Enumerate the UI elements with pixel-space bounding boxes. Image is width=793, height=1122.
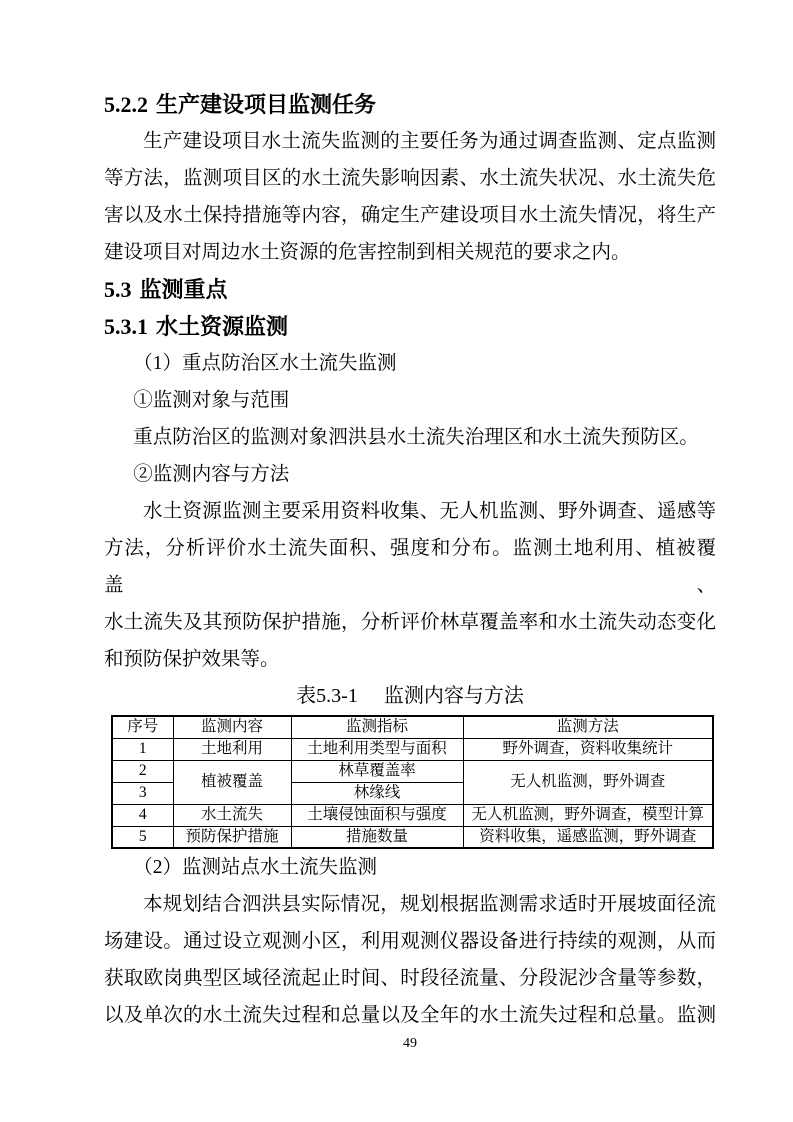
heading-5-3-1: 5.3.1水土资源监测 xyxy=(104,308,716,345)
cell-seq: 1 xyxy=(112,738,173,760)
heading-number: 5.2.2 xyxy=(104,92,148,117)
page-number: 49 xyxy=(104,1036,716,1052)
table-caption-label: 表5.3-1 xyxy=(296,685,358,707)
heading-title: 水土资源监测 xyxy=(156,314,288,339)
cell-content-merged: 植被覆盖 xyxy=(173,760,291,804)
heading-5-3: 5.3监测重点 xyxy=(104,271,716,308)
heading-5-2-2: 5.2.2生产建设项目监测任务 xyxy=(104,86,716,123)
paragraph-line: 获取欧岗典型区域径流起止时间、时段径流量、分段泥沙含量等参数， xyxy=(104,960,716,997)
list-item-circle-1: ①监测对象与范围 xyxy=(104,382,716,419)
table-row: 5 预防保护措施 措施数量 资料收集，遥感监测，野外调查 xyxy=(112,826,713,848)
cell-seq: 4 xyxy=(112,804,173,826)
paragraph-monitoring-station: 本规划结合泗洪县实际情况，规划根据监测需求适时开展坡面径流场建设。通过设立观测小… xyxy=(104,886,716,1034)
cell-indicator: 林缘线 xyxy=(291,782,463,804)
cell-method: 无人机监测，野外调查，模型计算 xyxy=(463,804,713,826)
paragraph-line: 等方法，监测项目区的水土流失影响因素、水土流失状况、水土流失危 xyxy=(104,160,716,197)
table-row: 1 土地利用 土地利用类型与面积 野外调查，资料收集统计 xyxy=(112,738,713,760)
paragraph-line: 以及单次的水土流失过程和总量以及全年的水土流失过程和总量。监测 xyxy=(104,997,716,1034)
cell-seq: 5 xyxy=(112,826,173,848)
column-header-method: 监测方法 xyxy=(463,716,713,738)
page-content: 5.2.2生产建设项目监测任务 生产建设项目水土流失监测的主要任务为通过调查监测… xyxy=(104,86,716,1034)
cell-content: 预防保护措施 xyxy=(173,826,291,848)
paragraph-line: 建设项目对周边水土资源的危害控制到相关规范的要求之内。 xyxy=(104,234,716,271)
list-item-circle-2: ②监测内容与方法 xyxy=(104,456,716,493)
heading-title: 生产建设项目监测任务 xyxy=(156,92,376,117)
table-row: 4 水土流失 土壤侵蚀面积与强度 无人机监测，野外调查，模型计算 xyxy=(112,804,713,826)
cell-indicator: 土壤侵蚀面积与强度 xyxy=(291,804,463,826)
cell-method-merged: 无人机监测，野外调查 xyxy=(463,760,713,804)
paragraph-line: 水土流失及其预防保护措施，分析评价林草覆盖率和水土流失动态变化 xyxy=(104,604,716,641)
table-header-row: 序号 监测内容 监测指标 监测方法 xyxy=(112,716,713,738)
table-caption: 表5.3-1监测内容与方法 xyxy=(104,678,716,715)
cell-content: 土地利用 xyxy=(173,738,291,760)
paragraph-line: 水土资源监测主要采用资料收集、无人机监测、野外调查、遥感等 xyxy=(104,493,716,530)
paragraph-line: 本规划结合泗洪县实际情况，规划根据监测需求适时开展坡面径流 xyxy=(104,886,716,923)
cell-method: 资料收集，遥感监测，野外调查 xyxy=(463,826,713,848)
paragraph-line: 生产建设项目水土流失监测的主要任务为通过调查监测、定点监测 xyxy=(104,123,716,160)
cell-content: 水土流失 xyxy=(173,804,291,826)
paragraph-line: 场建设。通过设立观测小区，利用观测仪器设备进行持续的观测，从而 xyxy=(104,923,716,960)
heading-title: 监测重点 xyxy=(140,277,228,302)
list-item-2: （2）监测站点水土流失监测 xyxy=(104,849,716,886)
paragraph-line: 害以及水土保持措施等内容，确定生产建设项目水土流失情况，将生产 xyxy=(104,197,716,234)
scope-statement: 重点防治区的监测对象泗洪县水土流失治理区和水土流失预防区。 xyxy=(104,419,716,456)
column-header-indicator: 监测指标 xyxy=(291,716,463,738)
cell-seq: 3 xyxy=(112,782,173,804)
column-header-seq: 序号 xyxy=(112,716,173,738)
document-page: 5.2.2生产建设项目监测任务 生产建设项目水土流失监测的主要任务为通过调查监测… xyxy=(0,0,793,1122)
cell-indicator: 措施数量 xyxy=(291,826,463,848)
paragraph-line: 和预防保护效果等。 xyxy=(104,641,716,678)
heading-number: 5.3 xyxy=(104,277,132,302)
column-header-content: 监测内容 xyxy=(173,716,291,738)
table-row: 2 植被覆盖 林草覆盖率 无人机监测，野外调查 xyxy=(112,760,713,782)
cell-seq: 2 xyxy=(112,760,173,782)
cell-indicator: 林草覆盖率 xyxy=(291,760,463,782)
paragraph-construction-tasks: 生产建设项目水土流失监测的主要任务为通过调查监测、定点监测等方法，监测项目区的水… xyxy=(104,123,716,271)
paragraph-water-soil-monitoring: 水土资源监测主要采用资料收集、无人机监测、野外调查、遥感等方法，分析评价水土流失… xyxy=(104,493,716,678)
list-item-1: （1）重点防治区水土流失监测 xyxy=(104,345,716,382)
cell-method: 野外调查，资料收集统计 xyxy=(463,738,713,760)
monitoring-content-method-table: 序号 监测内容 监测指标 监测方法 1 土地利用 土地利用类型与面积 野外调查，… xyxy=(111,715,714,849)
heading-number: 5.3.1 xyxy=(104,314,148,339)
cell-indicator: 土地利用类型与面积 xyxy=(291,738,463,760)
paragraph-line: 方法，分析评价水土流失面积、强度和分布。监测土地利用、植被覆盖、 xyxy=(104,530,716,604)
table-caption-title: 监测内容与方法 xyxy=(384,685,524,707)
